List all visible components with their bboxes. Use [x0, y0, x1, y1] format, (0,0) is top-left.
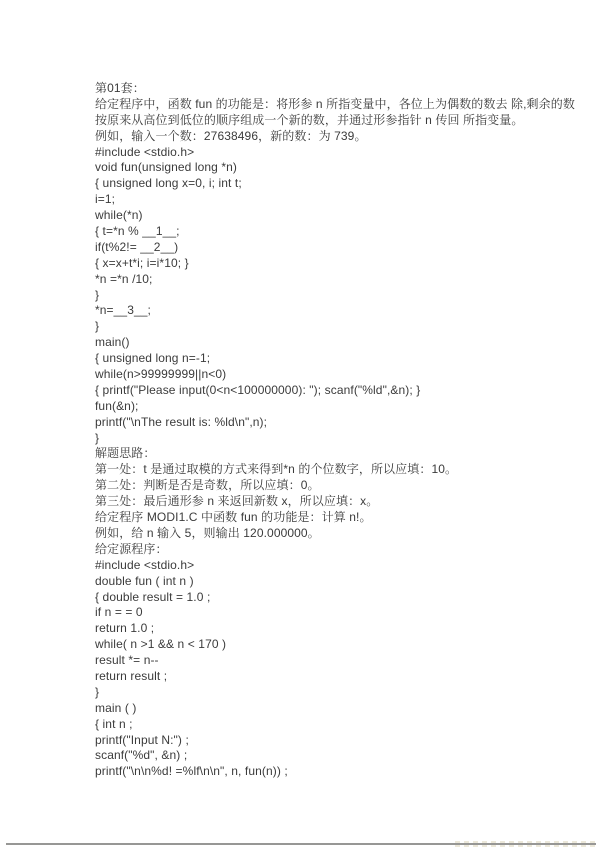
text-line: printf("Input N:") ; — [95, 733, 575, 749]
text-line: double fun ( int n ) — [95, 574, 575, 590]
text-line: 给定程序 MODI1.C 中函数 fun 的功能是：计算 n!。 — [95, 510, 575, 526]
text-line: { int n ; — [95, 717, 575, 733]
text-line: printf("\nThe result is: %ld\n",n); — [95, 415, 575, 431]
text-line: #include <stdio.h> — [95, 558, 575, 574]
text-line: return result ; — [95, 669, 575, 685]
text-line: { x=x+t*i; i=i*10; } — [95, 256, 575, 272]
text-line: while(*n) — [95, 208, 575, 224]
text-line: if(t%2!= __2__) — [95, 240, 575, 256]
text-line: { printf("Please input(0<n<100000000): "… — [95, 383, 575, 399]
text-line: 第一处：t 是通过取模的方式来得到*n 的个位数字，所以应填：10。 — [95, 462, 575, 478]
document-text: 第01套：给定程序中，函数 fun 的功能是：将形参 n 所指变量中，各位上为偶… — [95, 81, 575, 780]
text-line: 例如，给 n 输入 5，则输出 120.000000。 — [95, 526, 575, 542]
text-line: *n =*n /10; — [95, 272, 575, 288]
document-page: 第01套：给定程序中，函数 fun 的功能是：将形参 n 所指变量中，各位上为偶… — [0, 0, 600, 851]
text-line: main() — [95, 335, 575, 351]
text-line: 解题思路： — [95, 446, 575, 462]
text-line: scanf("%d", &n) ; — [95, 748, 575, 764]
text-line: *n=__3__; — [95, 303, 575, 319]
text-line: return 1.0 ; — [95, 621, 575, 637]
text-line: { t=*n % __1__; — [95, 224, 575, 240]
text-line: while(n>99999999||n<0) — [95, 367, 575, 383]
text-line: { unsigned long x=0, i; int t; — [95, 176, 575, 192]
text-line: main ( ) — [95, 701, 575, 717]
text-line: result *= n-- — [95, 653, 575, 669]
text-line: void fun(unsigned long *n) — [95, 160, 575, 176]
text-line: if n = = 0 — [95, 605, 575, 621]
text-line: { double result = 1.0 ; — [95, 590, 575, 606]
text-line: } — [95, 288, 575, 304]
text-line: 给定程序中，函数 fun 的功能是：将形参 n 所指变量中，各位上为偶数的数去 … — [95, 97, 575, 113]
text-line: } — [95, 431, 575, 447]
page-bottom-border — [6, 843, 596, 845]
text-line: 第三处：最后通形参 n 来返回新数 x，所以应填：x。 — [95, 494, 575, 510]
text-line: } — [95, 685, 575, 701]
text-line: 第二处：判断是否是奇数，所以应填：0。 — [95, 478, 575, 494]
text-line: 按原来从高位到低位的顺序组成一个新的数，并通过形参指针 n 传回 所指变量。 — [95, 113, 575, 129]
text-line: { unsigned long n=-1; — [95, 351, 575, 367]
text-line: i=1; — [95, 192, 575, 208]
text-line: printf("\n\n%d! =%lf\n\n", n, fun(n)) ; — [95, 764, 575, 780]
text-line: 第01套： — [95, 81, 575, 97]
text-line: } — [95, 319, 575, 335]
text-line: fun(&n); — [95, 399, 575, 415]
text-line: 给定源程序： — [95, 542, 575, 558]
text-line: #include <stdio.h> — [95, 145, 575, 161]
text-line: 例如，输入一个数：27638496，新的数：为 739。 — [95, 129, 575, 145]
text-line: while( n >1 && n < 170 ) — [95, 637, 575, 653]
